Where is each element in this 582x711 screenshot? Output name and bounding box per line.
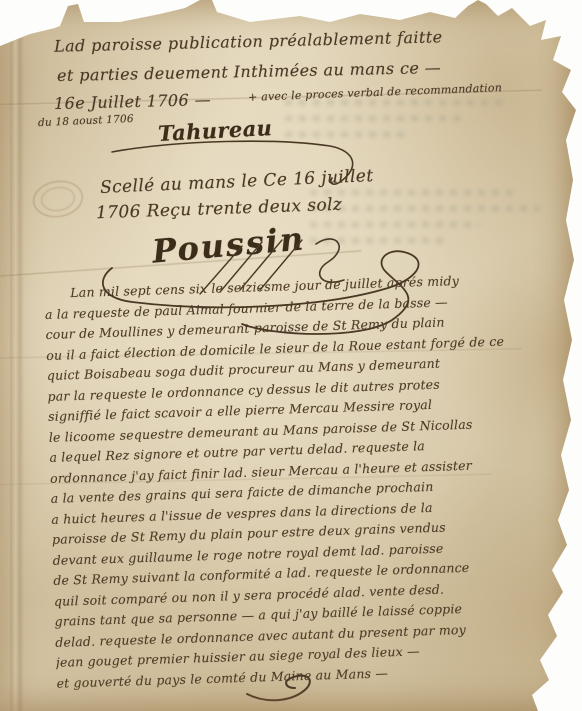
annotation-line-3b: + avec le proces verbal de recommandatio… xyxy=(248,81,502,104)
vertical-fold-crease xyxy=(10,0,24,711)
annotation-line-1: Lad paroisse publication préalablement f… xyxy=(54,27,443,55)
annotation-line-3: 16e Juillet 1706 — xyxy=(54,90,211,113)
act-body: Lan mil sept cens six le seiziesme jour … xyxy=(44,268,579,694)
oval-stamp xyxy=(30,177,85,220)
aged-paper-sheet: Lad paroisse publication préalablement f… xyxy=(0,0,582,711)
annotation-line-4: du 18 aoust 1706 xyxy=(38,113,134,129)
closing-paraph xyxy=(245,672,325,706)
registration-line-2: 1706 Reçu trente deux solz xyxy=(96,195,343,224)
annotation-line-2: et parties deuement Inthimées au mans ce… xyxy=(57,58,441,85)
